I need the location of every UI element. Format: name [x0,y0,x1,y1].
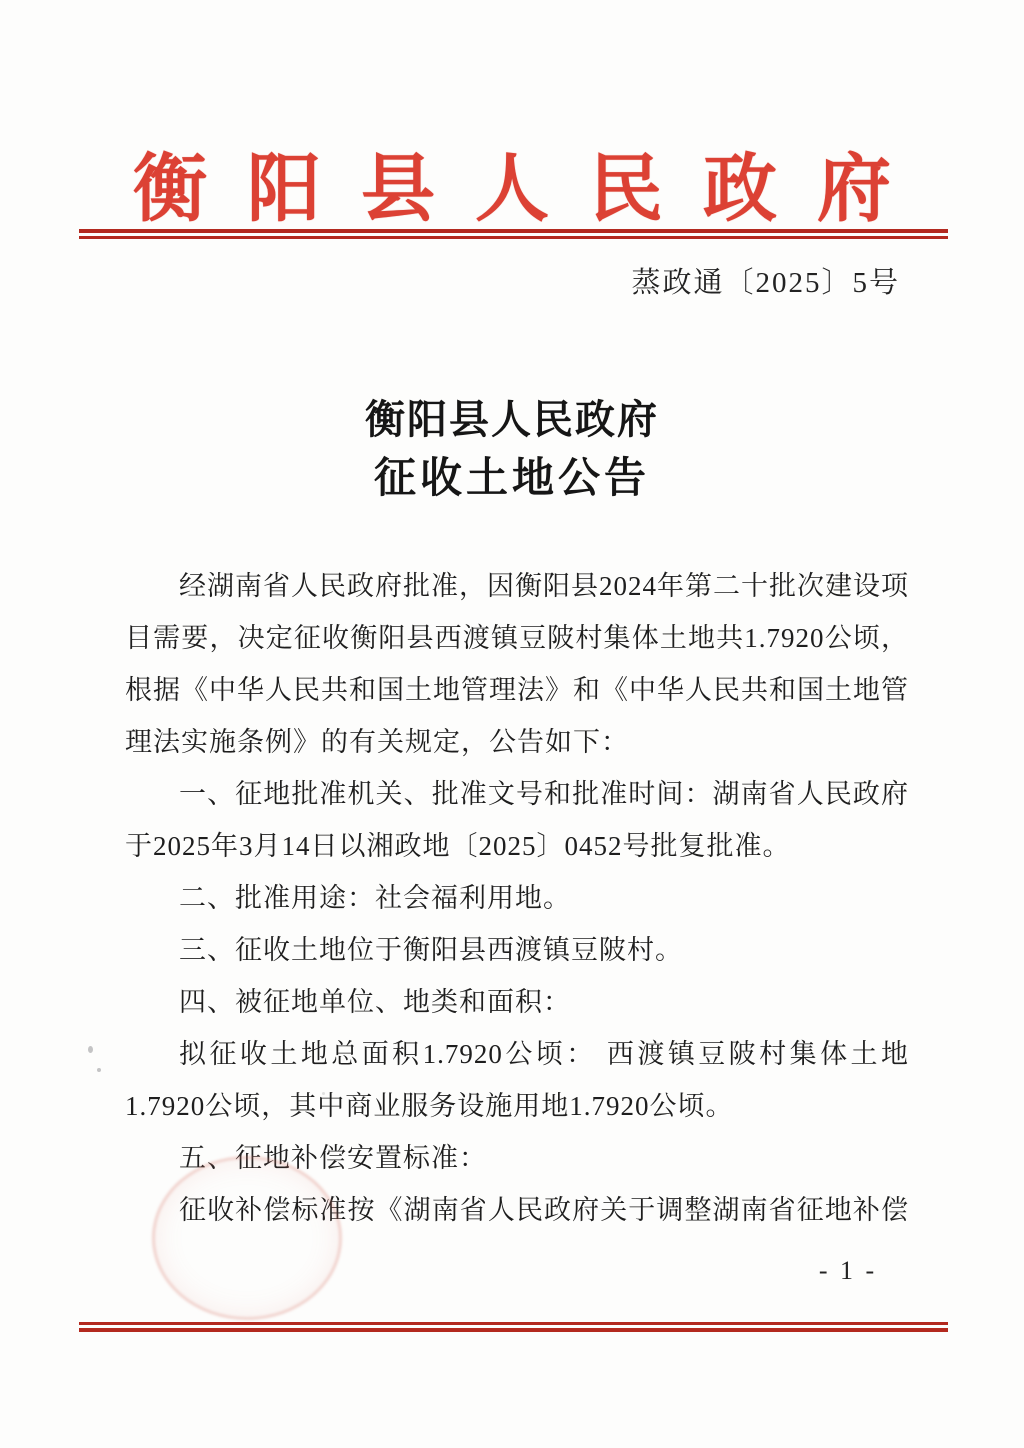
document-number: 蒸政通〔2025〕5号 [631,260,900,301]
letterhead-separator-rule [79,229,948,239]
rule-line [79,236,948,239]
body-line: 拟征收土地总面积1.7920公顷： 西渡镇豆陂村集体土地 [125,1028,909,1080]
footer-separator-rule [79,1322,948,1332]
body-line: 1.7920公顷，其中商业服务设施用地1.7920公顷。 [125,1080,909,1132]
body-line: 于2025年3月14日以湘政地〔2025〕0452号批复批准。 [125,820,909,872]
scan-artifact [97,1068,101,1072]
body-line: 经湖南省人民政府批准，因衡阳县2024年第二十批次建设项 [125,560,909,612]
document-body: 经湖南省人民政府批准，因衡阳县2024年第二十批次建设项目需要，决定征收衡阳县西… [125,560,909,1236]
document-title-line-2: 征收土地公告 [0,456,1024,502]
document-title: 衡阳县人民政府 征收土地公告 [0,398,1024,502]
body-line: 目需要，决定征收衡阳县西渡镇豆陂村集体土地共1.7920公顷， [125,612,909,664]
rule-line [79,1328,948,1332]
scanned-document-page: 衡阳县人民政府 蒸政通〔2025〕5号 衡阳县人民政府 征收土地公告 经湖南省人… [0,0,1024,1448]
body-line: 四、被征地单位、地类和面积： [125,976,909,1028]
page-number: - 1 - [800,1256,896,1286]
body-line: 根据《中华人民共和国土地管理法》和《中华人民共和国土地管 [125,664,909,716]
document-title-line-1: 衡阳县人民政府 [0,398,1024,442]
scan-artifact [88,1046,93,1053]
letterhead-title: 衡阳县人民政府 [0,130,1024,236]
body-line: 三、征收土地位于衡阳县西渡镇豆陂村。 [125,924,909,976]
faint-seal-impression [152,1156,342,1320]
body-line: 理法实施条例》的有关规定，公告如下： [125,716,909,768]
body-line: 二、批准用途：社会福利用地。 [125,872,909,924]
scan-artifact [322,1092,325,1095]
body-line: 一、征地批准机关、批准文号和批准时间：湖南省人民政府 [125,768,909,820]
